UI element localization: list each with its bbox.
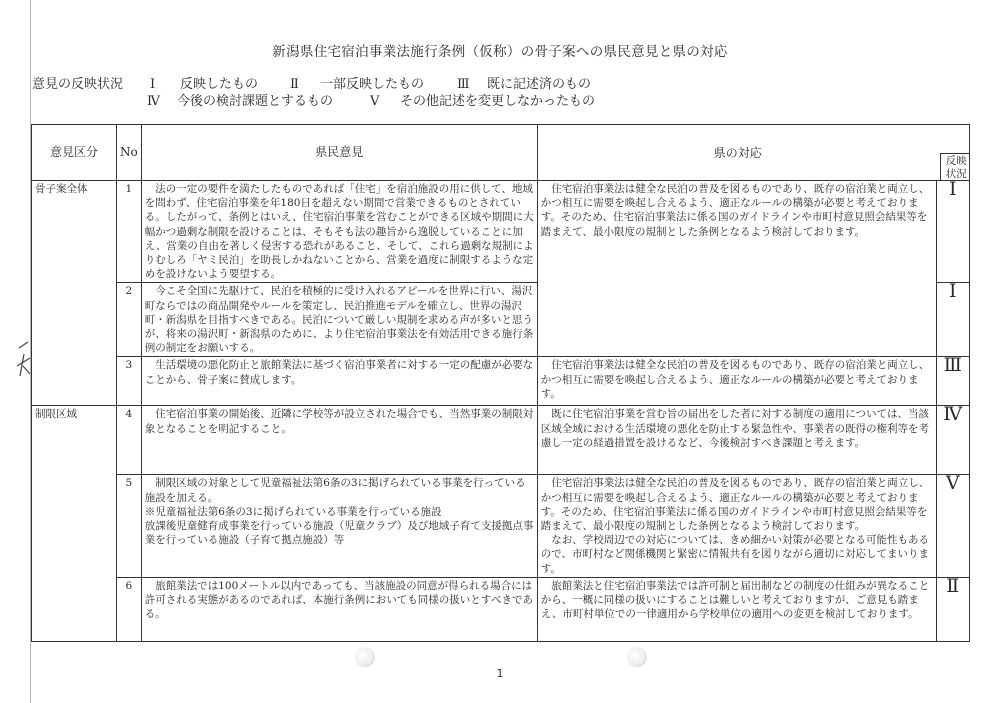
header-opinion: 県民意見 — [141, 125, 537, 181]
opinion-cell: 法の一定の要件を満たしたものであれば「住宅」を宿泊施設の用に供して、地域を問わず… — [141, 181, 537, 283]
status-badge: Ⅰ — [936, 283, 969, 357]
opinion-note-detail: 放課後児童健育成事業を行っている施設（児童クラブ）及び地域子育て支援拠点事業を行… — [145, 519, 534, 547]
response-cell: 住宅宿泊事業法は健全な民泊の普及を図るものであり、既存の宿泊業と両立し、かつ相互… — [537, 475, 936, 577]
category-cell-overall: 骨子案全体 — [32, 181, 117, 406]
opinion-cell: 生活環境の悪化防止と旅館業法に基づく宿泊事業者に対する一定の配慮が必要なことから… — [141, 357, 537, 406]
header-response-wrap: 県の対応 反映状況 — [538, 126, 969, 180]
response-paragraph: 住宅宿泊事業法は健全な民泊の普及を図るものであり、既存の宿泊業と両立し、かつ相互… — [541, 476, 933, 533]
table-row: 制限区域 4 住宅宿泊事業の開始後、近隣に学校等が設立された場合でも、当然事業の… — [32, 406, 970, 475]
punch-hole-right — [627, 647, 647, 667]
header-status: 反映状況 — [940, 153, 970, 181]
response-cell: 旅館業法と住宅宿泊事業法では許可制と届出制などの制度の仕組みが異なることから、一… — [537, 577, 936, 641]
legend-text-4: 今後の検討課題とするもの — [177, 94, 333, 109]
opinion-cell: 旅館業法では100メートル以内であっても、当該施設の同意が得られる場合には許可さ… — [141, 577, 537, 641]
opinion-response-table: 意見区分 No 県民意見 県の対応 反映状況 骨子案全体 1 法の一定の要件を満… — [31, 124, 970, 642]
opinion-cell: 制限区域の対象として児童福祉法第6条の3に掲げられている事業を行っている施設を加… — [141, 475, 537, 577]
document-title: 新潟県住宅宿泊事業法施行条例（仮称）の骨子案への県民意見と県の対応 — [0, 40, 1000, 60]
reflection-status-legend: 意見の反映状況 Ⅰ反映したもの Ⅱ一部反映したもの Ⅲ既に記述済のもの Ⅳ今後の… — [32, 73, 732, 113]
row-no: 5 — [117, 475, 142, 577]
legend-roman-5: Ⅴ — [370, 94, 400, 109]
row-no: 6 — [117, 577, 142, 641]
legend-roman-4: Ⅳ — [147, 94, 177, 109]
table-header-row: 意見区分 No 県民意見 県の対応 反映状況 — [32, 125, 970, 181]
page-number: 1 — [0, 667, 1000, 680]
status-badge: Ⅰ — [936, 181, 969, 283]
status-badge: Ⅴ — [936, 475, 969, 577]
response-cell: 住宅宿泊事業法は健全な民泊の普及を図るものであり、既存の宿泊業と両立し、かつ相互… — [537, 357, 936, 406]
legend-text-5: その他記述を変更しなかったもの — [400, 94, 595, 109]
table-row: 5 制限区域の対象として児童福祉法第6条の3に掲げられている事業を行っている施設… — [32, 475, 970, 577]
legend-item-5: Ⅴその他記述を変更しなかったもの — [370, 90, 595, 109]
legend-label: 意見の反映状況 — [32, 73, 123, 92]
opinion-note: ※児童福祉法第6条の3に掲げられている事業を行っている施設 — [145, 505, 534, 519]
row-no: 3 — [117, 357, 142, 406]
row-no: 2 — [117, 283, 142, 357]
opinion-paragraph: 制限区域の対象として児童福祉法第6条の3に掲げられている事業を行っている施設を加… — [145, 476, 534, 504]
legend-item-4: Ⅳ今後の検討課題とするもの — [147, 90, 333, 109]
header-no: No — [117, 125, 142, 181]
opinion-cell: 今こそ全国に先駆けて、民泊を積極的に受け入れるアピールを世界に行い、湯沢町ならで… — [141, 283, 537, 357]
status-badge: Ⅲ — [936, 357, 969, 406]
punch-hole-left — [355, 647, 375, 667]
opinion-cell: 住宅宿泊事業の開始後、近隣に学校等が設立された場合でも、当然事業の制限対象となる… — [141, 406, 537, 475]
table-row: 6 旅館業法では100メートル以内であっても、当該施設の同意が得られる場合には許… — [32, 577, 970, 641]
status-badge: Ⅱ — [936, 577, 969, 641]
category-cell-restricted-area: 制限区域 — [32, 406, 117, 641]
header-category: 意見区分 — [32, 125, 117, 181]
header-response-cell: 県の対応 反映状況 — [537, 125, 969, 181]
header-response: 県の対応 — [538, 146, 938, 160]
table-row: 3 生活環境の悪化防止と旅館業法に基づく宿泊事業者に対する一定の配慮が必要なこと… — [32, 357, 970, 406]
row-no: 1 — [117, 181, 142, 283]
response-paragraph: なお、学校周辺での対応については、きめ細かい対策が必要となる可能性もあるので、市… — [541, 533, 933, 576]
table-row: 骨子案全体 1 法の一定の要件を満たしたものであれば「住宅」を宿泊施設の用に供し… — [32, 181, 970, 283]
row-no: 4 — [117, 406, 142, 475]
response-cell: 住宅宿泊事業法は健全な民泊の普及を図るものであり、既存の宿泊業と両立し、かつ相互… — [537, 181, 936, 357]
response-cell: 既に住宅宿泊事業を営む旨の届出をした者に対する制度の適用については、当該区域全域… — [537, 406, 936, 475]
status-badge: Ⅳ — [936, 406, 969, 475]
